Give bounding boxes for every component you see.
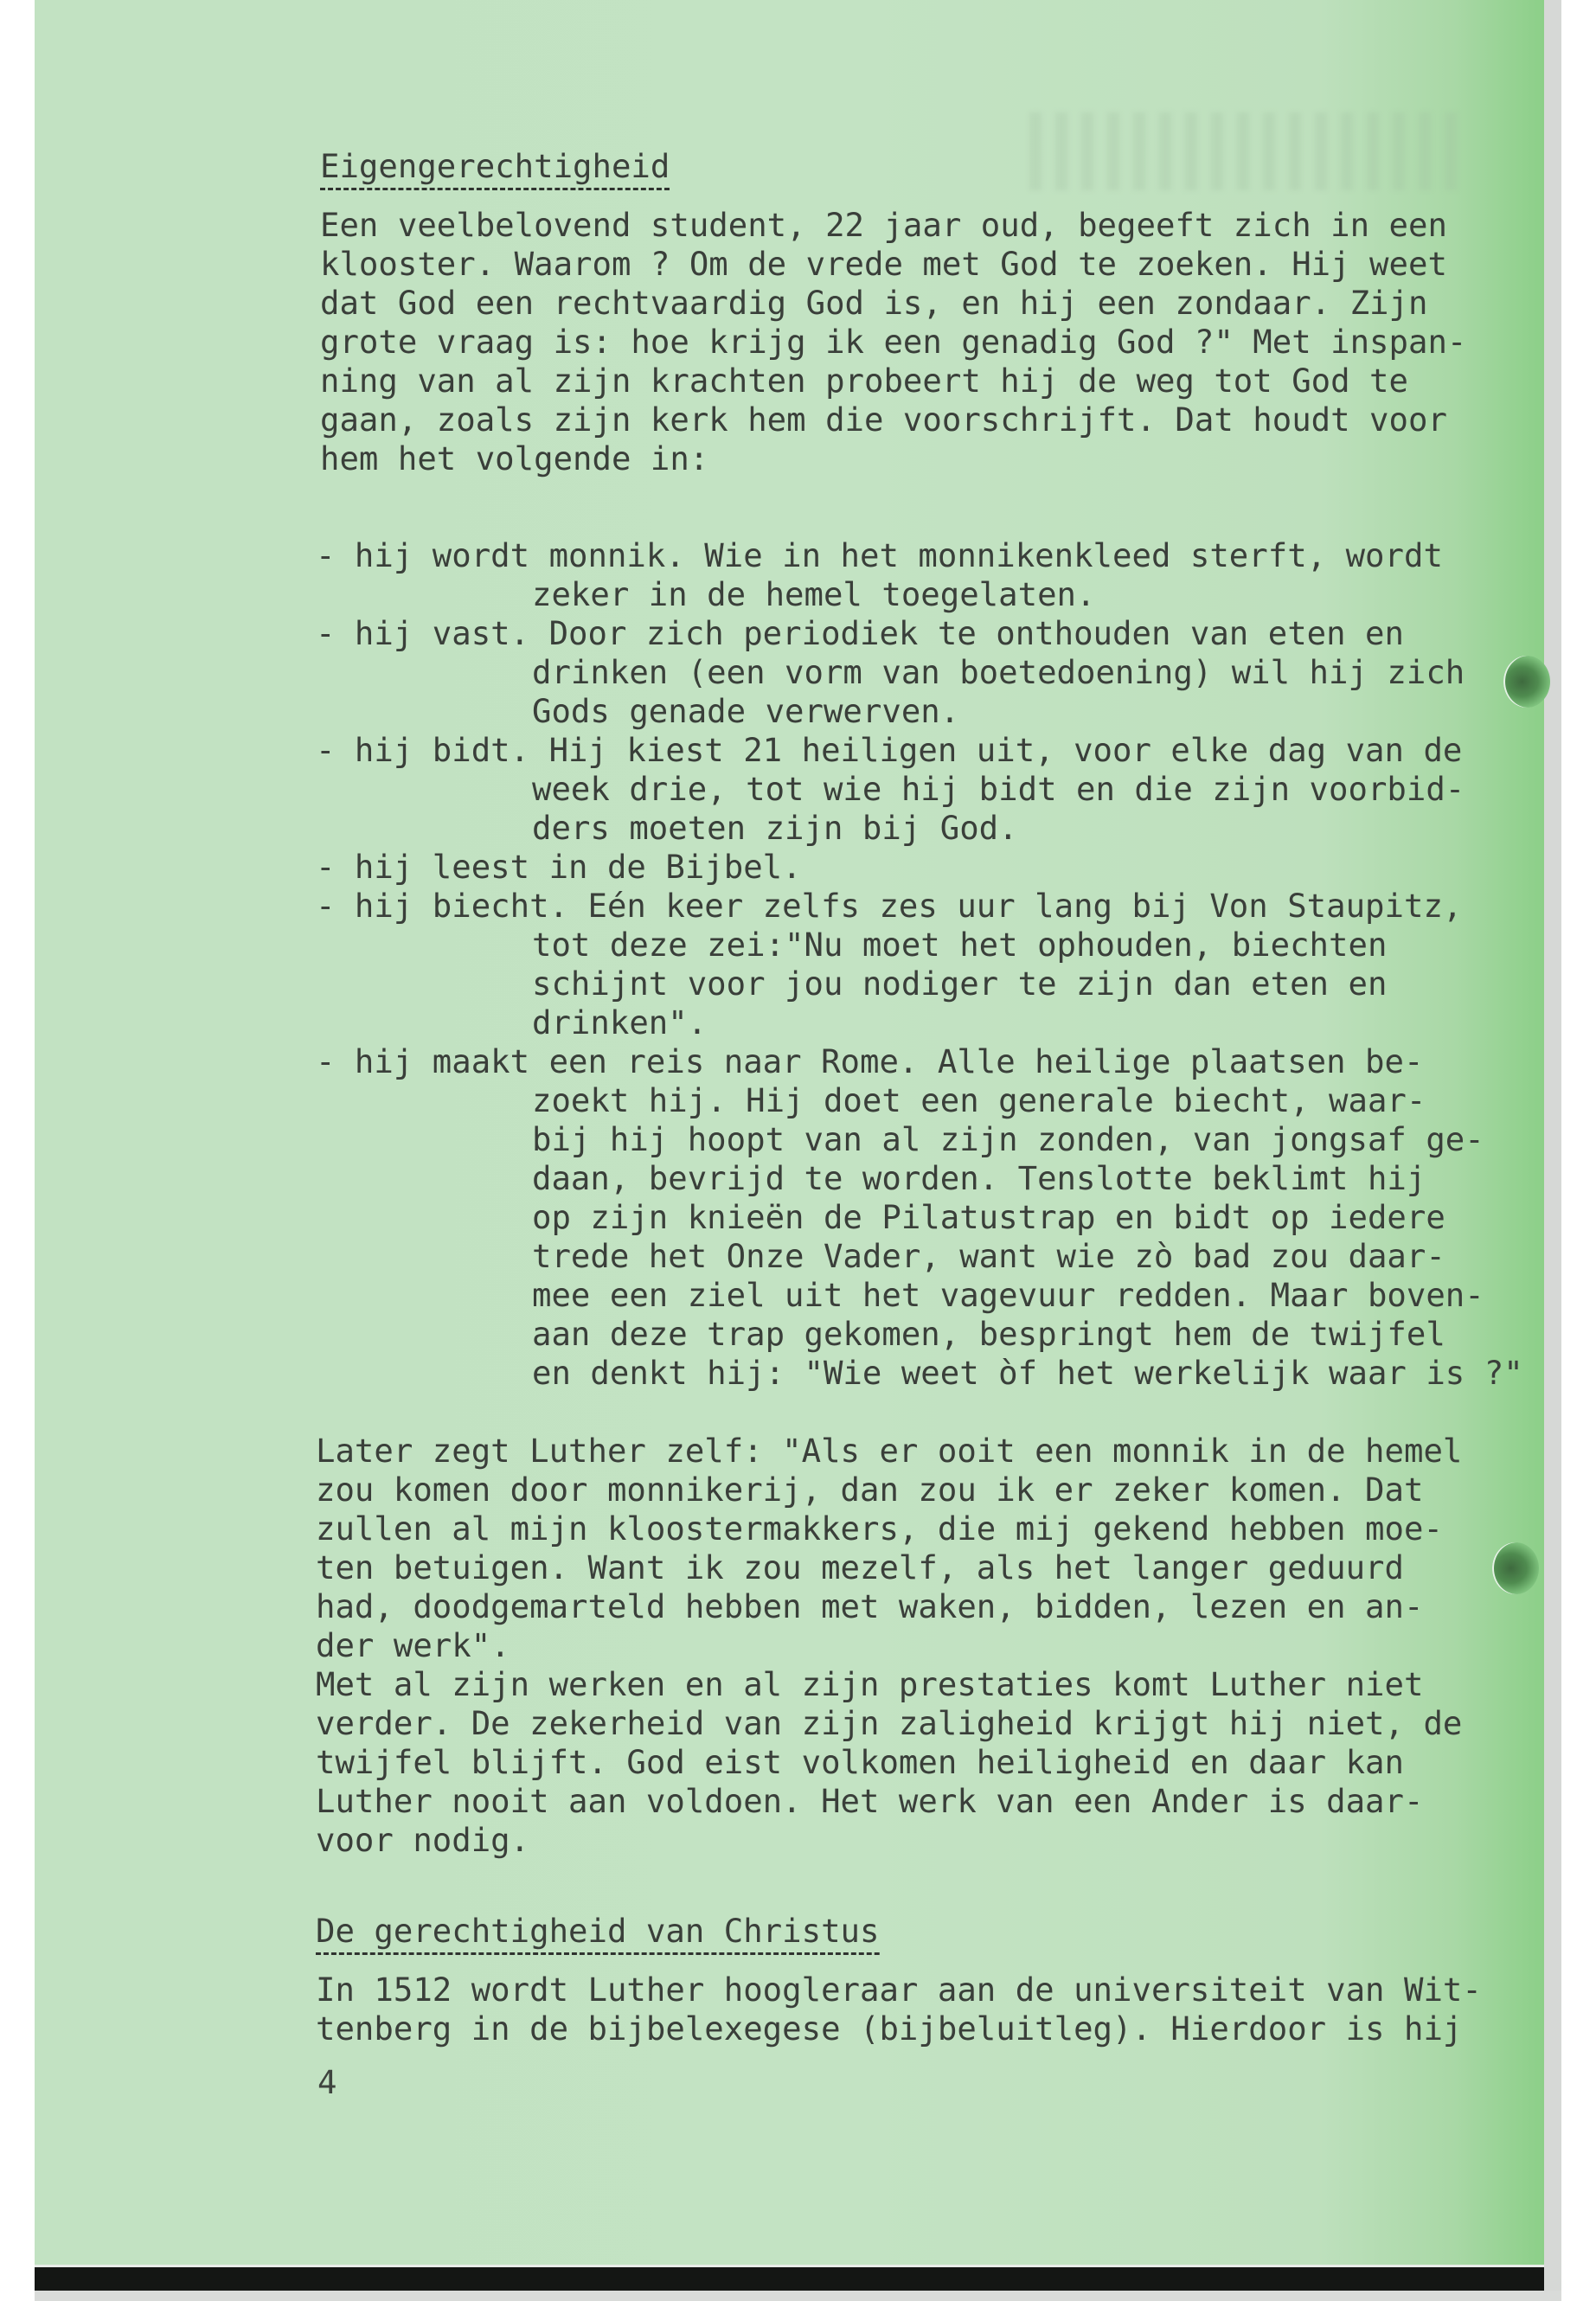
list-item-continuation: zeker in de hemel toegelaten. (532, 575, 1095, 614)
paragraph-line: In 1512 wordt Luther hoogleraar aan de u… (316, 1971, 1482, 2009)
list-item-continuation: aan deze trap gekomen, bespringt hem de … (532, 1315, 1445, 1354)
list-item-continuation: daan, bevrijd te worden. Tenslotte bekli… (532, 1159, 1426, 1198)
paragraph-line: verder. De zekerheid van zijn zaligheid … (316, 1704, 1462, 1743)
paragraph-line: had, doodgemarteld hebben met waken, bid… (316, 1587, 1423, 1626)
paragraph-line: zullen al mijn kloostermakkers, die mij … (316, 1509, 1443, 1548)
list-item: - hij leest in de Bijbel. (316, 848, 802, 887)
list-item-continuation: en denkt hij: "Wie weet òf het werkelijk… (532, 1354, 1523, 1393)
section-title: De gerechtigheid van Christus (316, 1912, 879, 1955)
list-item-continuation: trede het Onze Vader, want wie zò bad zo… (532, 1237, 1445, 1276)
paragraph-line: Later zegt Luther zelf: "Als er ooit een… (316, 1432, 1462, 1471)
show-through-text (1029, 112, 1462, 190)
list-item-continuation: drinken". (532, 1003, 707, 1042)
paragraph-line: Met al zijn werken en al zijn prestaties… (316, 1665, 1423, 1704)
section-title: Eigengerechtigheid (320, 147, 670, 190)
list-item-continuation: tot deze zei:"Nu moet het ophouden, biec… (532, 926, 1387, 965)
paragraph-line: voor nodig. (316, 1821, 529, 1860)
page-number: 4 (317, 2063, 337, 2102)
paragraph-line: twijfel blijft. God eist volkomen heilig… (316, 1743, 1404, 1782)
list-item-continuation: drinken (een vorm van boetedoening) wil … (532, 653, 1465, 692)
paragraph-line: hem het volgende in: (320, 439, 708, 478)
scanner-edge (1544, 0, 1561, 2301)
paragraph-line: grote vraag is: hoe krijg ik een genadig… (320, 323, 1466, 362)
punch-hole (1492, 1542, 1539, 1594)
paragraph-line: der werk". (316, 1626, 510, 1665)
list-item: - hij maakt een reis naar Rome. Alle hei… (316, 1042, 1423, 1081)
paragraph-line: zou komen door monnikerij, dan zou ik er… (316, 1471, 1423, 1509)
list-item: - hij bidt. Hij kiest 21 heiligen uit, v… (316, 731, 1462, 770)
scan-bottom-edge (35, 2265, 1544, 2293)
scan-margin (35, 2291, 1561, 2301)
paragraph-line: tenberg in de bijbelexegese (bijbeluitle… (316, 2009, 1462, 2048)
paragraph-line: Een veelbelovend student, 22 jaar oud, b… (320, 206, 1447, 245)
list-item: - hij wordt monnik. Wie in het monnikenk… (316, 536, 1443, 575)
list-item-continuation: bij hij hoopt van al zijn zonden, van jo… (532, 1120, 1484, 1159)
list-item-continuation: Gods genade verwerven. (532, 692, 959, 731)
list-item-continuation: schijnt voor jou nodiger te zijn dan ete… (532, 965, 1387, 1003)
list-item-continuation: mee een ziel uit het vagevuur redden. Ma… (532, 1276, 1484, 1315)
paragraph-line: Luther nooit aan voldoen. Het werk van e… (316, 1782, 1423, 1821)
paragraph-line: klooster. Waarom ? Om de vrede met God t… (320, 245, 1447, 284)
list-item-continuation: ders moeten zijn bij God. (532, 809, 1018, 848)
list-item-continuation: op zijn knieën de Pilatustrap en bidt op… (532, 1198, 1445, 1237)
punch-hole (1503, 656, 1550, 708)
list-item: - hij vast. Door zich periodiek te ontho… (316, 614, 1404, 653)
paragraph-line: gaan, zoals zijn kerk hem die voorschrij… (320, 401, 1447, 439)
list-item-continuation: zoekt hij. Hij doet een generale biecht,… (532, 1081, 1426, 1120)
paragraph-line: ning van al zijn krachten probeert hij d… (320, 362, 1408, 401)
list-item: - hij biecht. Eén keer zelfs zes uur lan… (316, 887, 1462, 926)
paragraph-line: ten betuigen. Want ik zou mezelf, als he… (316, 1548, 1404, 1587)
paragraph-line: dat God een rechtvaardig God is, en hij … (320, 284, 1427, 323)
list-item-continuation: week drie, tot wie hij bidt en die zijn … (532, 770, 1465, 809)
